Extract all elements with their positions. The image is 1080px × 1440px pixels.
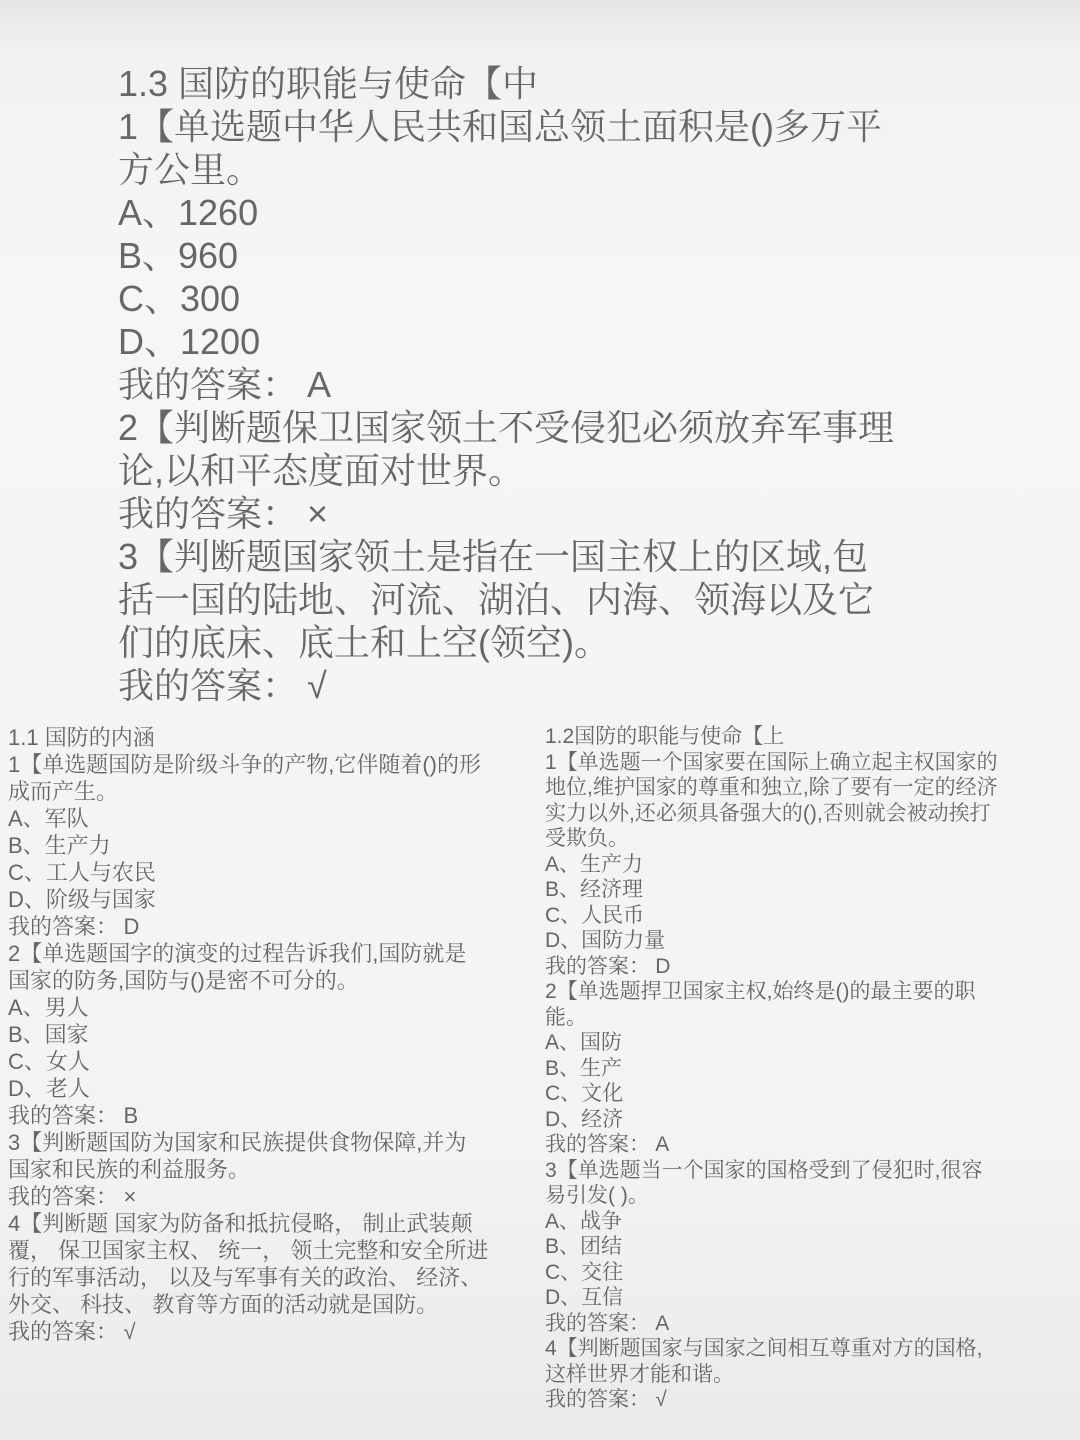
option-c: C、人民币 <box>545 903 1078 929</box>
answer-line: 我的答案：A <box>118 363 1048 406</box>
answer-label: 我的答案： <box>545 1388 650 1411</box>
answer-value: √ <box>655 1388 667 1411</box>
answer-label: 我的答案： <box>545 1312 650 1335</box>
section-heading: 1.3 国防的职能与使命【中 <box>118 62 1048 105</box>
answer-value: A <box>655 1133 669 1156</box>
answer-value: D <box>655 955 670 978</box>
answer-value: √ <box>124 1319 136 1344</box>
option-a: A、国防 <box>545 1030 1078 1056</box>
answer-label: 我的答案： <box>8 1103 118 1128</box>
question: 4【判断题 国家为防备和抵抗侵略， 制止武装颠 覆， 保卫国家主权、 统一， 领… <box>8 1210 542 1345</box>
option-d: D、国防力量 <box>545 928 1078 954</box>
option-b: B、生产力 <box>8 832 542 859</box>
option-c: C、文化 <box>545 1081 1078 1107</box>
answer-line: 我的答案：D <box>8 913 542 940</box>
question: 2【单选题国字的演变的过程告诉我们,国防就是 国家的防务,国防与()是密不可分的… <box>8 940 542 1129</box>
question-stem: 3【判断题国防为国家和民族提供食物保障,并为 国家和民族的利益服务。 <box>8 1129 542 1183</box>
section-1-1: 1.1 国防的内涵 1【单选题国防是阶级斗争的产物,它伴随着()的形 成而产生。… <box>8 724 542 1345</box>
answer-label: 我的答案： <box>545 1133 650 1156</box>
question-stem: 4【判断题 国家为防备和抵抗侵略， 制止武装颠 覆， 保卫国家主权、 统一， 领… <box>8 1210 542 1318</box>
option-d: D、阶级与国家 <box>8 886 542 913</box>
question: 1【单选题中华人民共和国总领土面积是()多万平 方公里。 A、1260 B、96… <box>118 105 1048 406</box>
question: 4【判断题国家与国家之间相互尊重对方的国格, 这样世界才能和谐。 我的答案：√ <box>545 1336 1078 1413</box>
answer-line: 我的答案：A <box>545 1311 1078 1337</box>
question-stem: 2【单选题国字的演变的过程告诉我们,国防就是 国家的防务,国防与()是密不可分的… <box>8 940 542 994</box>
option-c: C、工人与农民 <box>8 859 542 886</box>
option-d: D、老人 <box>8 1075 542 1102</box>
answer-label: 我的答案： <box>118 364 298 405</box>
answer-value: A <box>307 364 331 405</box>
question-stem: 3【判断题国家领土是指在一国主权上的区域,包 括一国的陆地、河流、湖泊、内海、领… <box>118 535 1048 664</box>
option-b: B、生产 <box>545 1056 1078 1082</box>
answer-line: 我的答案：√ <box>118 664 1048 707</box>
question-stem: 2【判断题保卫国家领土不受侵犯必须放弃军事理 论,以和平态度面对世界。 <box>118 406 1048 492</box>
question-stem: 3【单选题当一个国家的国格受到了侵犯时,很容 易引发( )。 <box>545 1158 1078 1209</box>
answer-label: 我的答案： <box>545 955 650 978</box>
answer-line: 我的答案：D <box>545 954 1078 980</box>
option-a: A、军队 <box>8 805 542 832</box>
question-stem: 1【单选题一个国家要在国际上确立起主权国家的 地位,维护国家的尊重和独立,除了要… <box>545 750 1078 852</box>
option-c: C、300 <box>118 277 1048 320</box>
answer-value: A <box>655 1312 669 1335</box>
section-1-3: 1.3 国防的职能与使命【中 1【单选题中华人民共和国总领土面积是()多万平 方… <box>118 62 1048 707</box>
answer-line: 我的答案：√ <box>8 1318 542 1345</box>
answer-line: 我的答案：× <box>118 492 1048 535</box>
answer-value: × <box>124 1184 137 1209</box>
answer-line: 我的答案：× <box>8 1183 542 1210</box>
question: 1【单选题一个国家要在国际上确立起主权国家的 地位,维护国家的尊重和独立,除了要… <box>545 750 1078 980</box>
quiz-answers-page: 1.3 国防的职能与使命【中 1【单选题中华人民共和国总领土面积是()多万平 方… <box>0 0 1080 1440</box>
answer-label: 我的答案： <box>8 914 118 939</box>
answer-line: 我的答案：B <box>8 1102 542 1129</box>
section-heading: 1.2国防的职能与使命【上 <box>545 724 1078 750</box>
question-stem: 1【单选题中华人民共和国总领土面积是()多万平 方公里。 <box>118 105 1048 191</box>
answer-value: × <box>307 493 328 534</box>
question-stem: 1【单选题国防是阶级斗争的产物,它伴随着()的形 成而产生。 <box>8 751 542 805</box>
question: 1【单选题国防是阶级斗争的产物,它伴随着()的形 成而产生。 A、军队 B、生产… <box>8 751 542 940</box>
section-1-2: 1.2国防的职能与使命【上 1【单选题一个国家要在国际上确立起主权国家的 地位,… <box>545 724 1078 1413</box>
question: 3【判断题国家领土是指在一国主权上的区域,包 括一国的陆地、河流、湖泊、内海、领… <box>118 535 1048 707</box>
option-d: D、经济 <box>545 1107 1078 1133</box>
answer-value: D <box>124 914 140 939</box>
answer-line: 我的答案：A <box>545 1132 1078 1158</box>
answer-value: B <box>124 1103 139 1128</box>
answer-value: √ <box>307 665 327 706</box>
answer-label: 我的答案： <box>8 1184 118 1209</box>
question: 2【判断题保卫国家领土不受侵犯必须放弃军事理 论,以和平态度面对世界。 我的答案… <box>118 406 1048 535</box>
option-a: A、战争 <box>545 1209 1078 1235</box>
answer-label: 我的答案： <box>8 1319 118 1344</box>
option-c: C、交往 <box>545 1260 1078 1286</box>
answer-label: 我的答案： <box>118 665 298 706</box>
question-stem: 4【判断题国家与国家之间相互尊重对方的国格, 这样世界才能和谐。 <box>545 1336 1078 1387</box>
question: 2【单选题捍卫国家主权,始终是()的最主要的职 能。 A、国防 B、生产 C、文… <box>545 979 1078 1158</box>
option-b: B、经济理 <box>545 877 1078 903</box>
answer-label: 我的答案： <box>118 493 298 534</box>
option-b: B、960 <box>118 234 1048 277</box>
section-heading: 1.1 国防的内涵 <box>8 724 542 751</box>
option-d: D、1200 <box>118 320 1048 363</box>
question: 3【单选题当一个国家的国格受到了侵犯时,很容 易引发( )。 A、战争 B、团结… <box>545 1158 1078 1337</box>
option-c: C、女人 <box>8 1048 542 1075</box>
question: 3【判断题国防为国家和民族提供食物保障,并为 国家和民族的利益服务。 我的答案：… <box>8 1129 542 1210</box>
answer-line: 我的答案：√ <box>545 1387 1078 1413</box>
option-b: B、国家 <box>8 1021 542 1048</box>
option-a: A、男人 <box>8 994 542 1021</box>
option-b: B、团结 <box>545 1234 1078 1260</box>
option-a: A、生产力 <box>545 852 1078 878</box>
option-d: D、互信 <box>545 1285 1078 1311</box>
option-a: A、1260 <box>118 191 1048 234</box>
question-stem: 2【单选题捍卫国家主权,始终是()的最主要的职 能。 <box>545 979 1078 1030</box>
